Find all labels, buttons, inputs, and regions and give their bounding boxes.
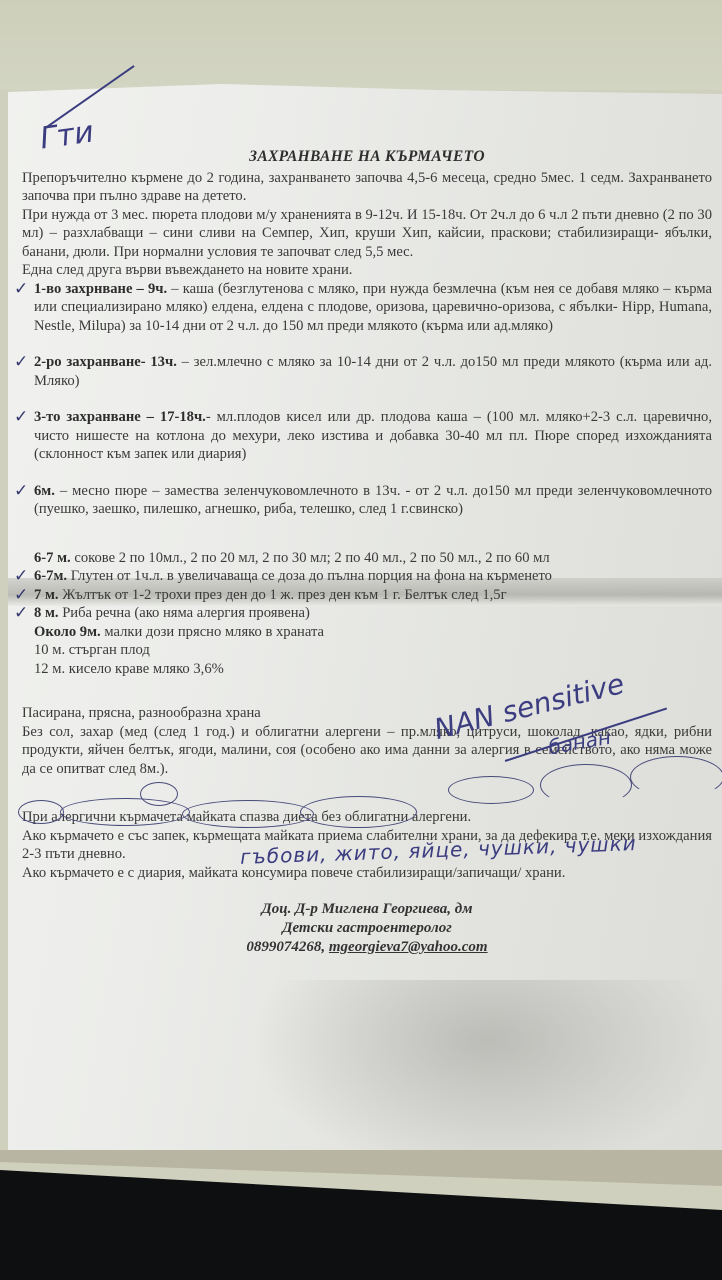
milestone-item: Около 9м. малки дози прясно мляко в хран… bbox=[22, 623, 712, 642]
doctor-name: Доц. Д-р Миглена Георгиева, дм bbox=[22, 900, 712, 919]
milestone-item: 6-7 м. сокове 2 по 10мл., 2 по 20 мл, 2 … bbox=[22, 549, 712, 568]
milestone-label: 6-7м. bbox=[34, 568, 67, 584]
checkmark-icon: ✓ bbox=[14, 604, 28, 623]
feeding-item: ✓ 3-то захранване – 17-18ч.- мл.плодов к… bbox=[22, 408, 712, 464]
milestone-label: 7 м. bbox=[34, 587, 59, 603]
feeding-label: 3-то захранване – 17-18ч. bbox=[34, 409, 206, 425]
feeding-item: ✓ 1-во захрнване – 9ч. – каша (безглутен… bbox=[22, 280, 712, 336]
ink-circle bbox=[300, 796, 417, 828]
rule-paragraph: Пасирана, прясна, разнообразна храна bbox=[22, 704, 712, 723]
doctor-email[interactable]: mgeorgieva7@yahoo.com bbox=[329, 939, 488, 955]
milestone-text: Жълтък от 1-2 трохи през ден до 1 ж. пре… bbox=[59, 587, 507, 603]
feeding-item: ✓ 2-ро захранване- 13ч. – зел.млечно с м… bbox=[22, 353, 712, 390]
checkmark-icon: ✓ bbox=[14, 586, 28, 605]
feeding-text: – месно пюре – замества зеленчуковомлечн… bbox=[34, 483, 712, 518]
feeding-item: ✓ 6м. – месно пюре – замества зеленчуков… bbox=[22, 482, 712, 519]
checkmark-icon: ✓ bbox=[14, 353, 28, 372]
ink-circle bbox=[60, 798, 190, 826]
intro-paragraph: Една след друга върви въвеждането на нов… bbox=[22, 261, 712, 280]
milestone-item: 10 м. стърган плод bbox=[22, 641, 712, 660]
ink-circle bbox=[448, 776, 534, 804]
doctor-phone: 0899074268, bbox=[246, 939, 325, 955]
document-title: ЗАХРАНВАНЕ НА КЪРМАЧЕТО bbox=[22, 148, 712, 167]
ink-arc bbox=[630, 756, 722, 798]
feeding-label: 2-ро захранване- 13ч. bbox=[34, 354, 177, 370]
ink-circle bbox=[18, 800, 64, 824]
ink-arc bbox=[540, 764, 632, 806]
milestone-label: 8 м. bbox=[34, 605, 59, 621]
intro-paragraph: Препоръчително кърмене до 2 година, захр… bbox=[22, 169, 712, 206]
milestone-label: Около 9м. bbox=[34, 624, 101, 640]
feeding-label: 6м. bbox=[34, 483, 55, 499]
milestone-item: ✓ 7 м. Жълтък от 1-2 трохи през ден до 1… bbox=[22, 586, 712, 605]
milestone-text: кисело краве мляко 3,6% bbox=[65, 661, 224, 677]
ink-circle bbox=[182, 800, 314, 828]
milestone-item: ✓ 8 м. Риба речна (ако няма алергия проя… bbox=[22, 604, 712, 623]
background-wall bbox=[0, 0, 722, 90]
milestone-text: стърган плод bbox=[65, 642, 150, 658]
checkmark-icon: ✓ bbox=[14, 567, 28, 586]
note-paragraph: Ако кърмачето е с диария, майката консум… bbox=[22, 864, 712, 883]
checkmark-icon: ✓ bbox=[14, 280, 28, 299]
checkmark-icon: ✓ bbox=[14, 408, 28, 427]
milestone-text: сокове 2 по 10мл., 2 по 20 мл, 2 по 30 м… bbox=[71, 550, 550, 566]
milestone-label: 6-7 м. bbox=[34, 550, 71, 566]
milestone-item: ✓ 6-7м. Глутен от 1ч.л. в увеличаваща се… bbox=[22, 567, 712, 586]
intro-paragraph: При нужда от 3 мес. пюрета плодови м/у х… bbox=[22, 206, 712, 262]
milestone-label: 12 м. bbox=[34, 661, 65, 677]
checkmark-icon: ✓ bbox=[14, 482, 28, 501]
signature-block: Доц. Д-р Миглена Георгиева, дм Детски га… bbox=[22, 900, 712, 957]
feeding-label: 1-во захрнване – 9ч. bbox=[34, 281, 167, 297]
milestone-text: Глутен от 1ч.л. в увеличаваща се доза до… bbox=[67, 568, 552, 584]
milestone-text: малки дози прясно мляко в храната bbox=[101, 624, 324, 640]
milestone-text: Риба речна (ако няма алергия проявена) bbox=[59, 605, 310, 621]
milestone-label: 10 м. bbox=[34, 642, 65, 658]
doctor-title: Детски гастроентеролог bbox=[22, 919, 712, 938]
